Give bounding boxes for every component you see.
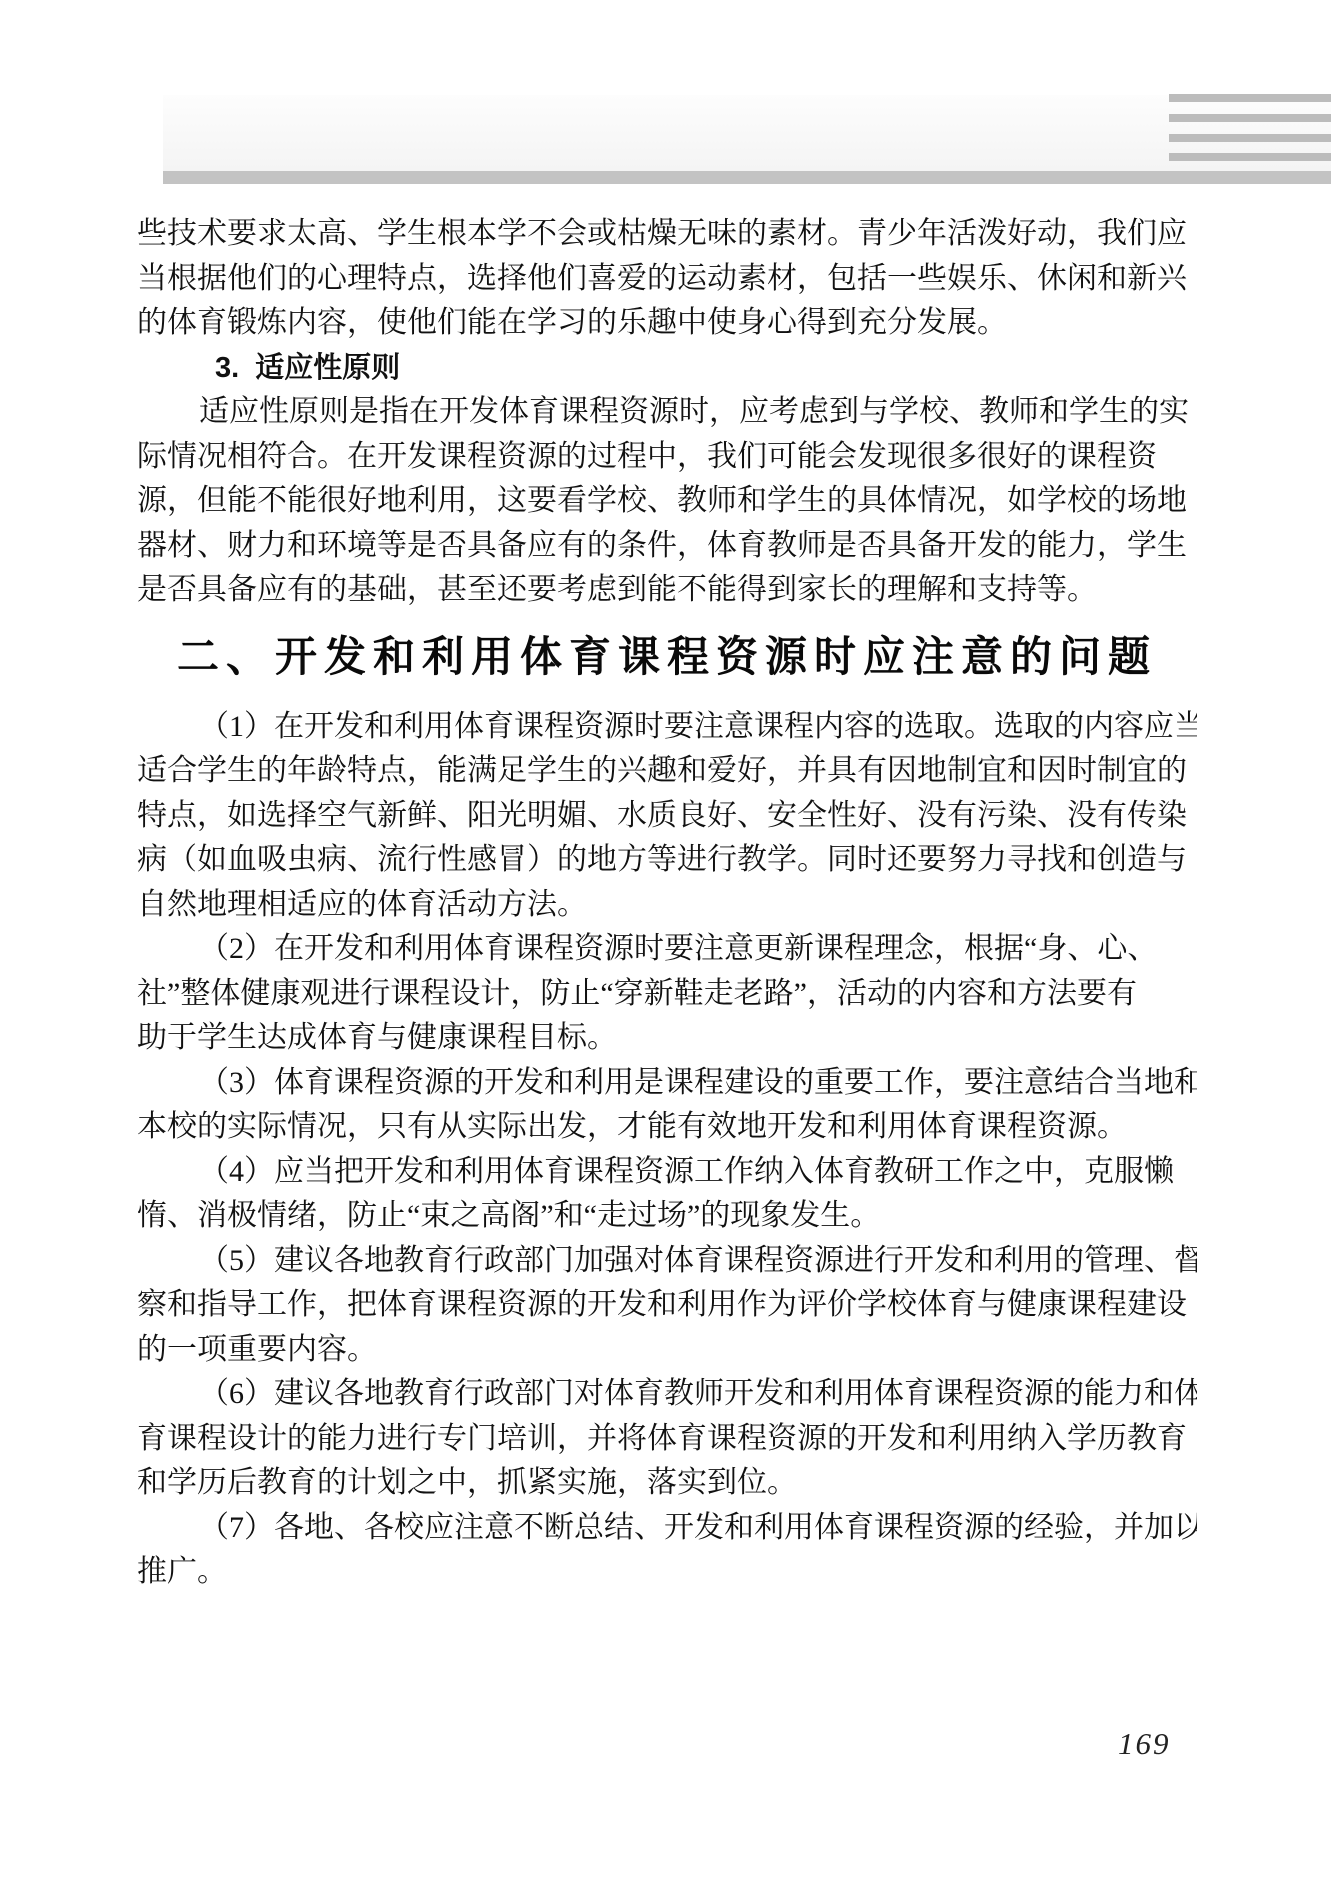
subheading: 3. 适应性原则 [137,346,1197,391]
header-gradient-band [163,95,1331,171]
text-line: 社”整体健康观进行课程设计，防止“穿新鞋走老路”，活动的内容和方法要有 [137,972,1197,1017]
text-line: 适合学生的年龄特点，能满足学生的兴趣和爱好，并具有因地制宜和因时制宜的 [137,749,1197,794]
text-line: （1）在开发和利用体育课程资源时要注意课程内容的选取。选取的内容应当 [137,705,1197,750]
paragraph: 些技术要求太高、学生根本学不会或枯燥无味的素材。青少年活泼好动，我们应当根据他们… [137,212,1197,346]
page-root: 些技术要求太高、学生根本学不会或枯燥无味的素材。青少年活泼好动，我们应当根据他们… [0,0,1331,1884]
text-line: （4）应当把开发和利用体育课程资源工作纳入体育教研工作之中，克服懒 [137,1150,1197,1195]
text-line: 助于学生达成体育与健康课程目标。 [137,1016,1197,1061]
text-line: 病（如血吸虫病、流行性感冒）的地方等进行教学。同时还要努力寻找和创造与 [137,838,1197,883]
text-line: （3）体育课程资源的开发和利用是课程建设的重要工作，要注意结合当地和 [137,1061,1197,1106]
header-stripe [1169,114,1331,122]
page-number: 169 [1118,1726,1171,1762]
header-stripe [1169,153,1331,161]
text-line: 些技术要求太高、学生根本学不会或枯燥无味的素材。青少年活泼好动，我们应 [137,212,1197,257]
text-line: 是否具备应有的基础，甚至还要考虑到能不能得到家长的理解和支持等。 [137,568,1197,613]
text-line: （5）建议各地教育行政部门加强对体育课程资源进行开发和利用的管理、督 [137,1239,1197,1284]
paragraph: （4）应当把开发和利用体育课程资源工作纳入体育教研工作之中，克服懒惰、消极情绪，… [137,1150,1197,1239]
text-line: 源，但能不能很好地利用，这要看学校、教师和学生的具体情况，如学校的场地 [137,479,1197,524]
text-line: 器材、财力和环境等是否具备应有的条件，体育教师是否具备开发的能力，学生 [137,524,1197,569]
header-stripe [1169,94,1331,102]
text-line: 本校的实际情况，只有从实际出发，才能有效地开发和利用体育课程资源。 [137,1105,1197,1150]
paragraph: 适应性原则是指在开发体育课程资源时，应考虑到与学校、教师和学生的实际情况相符合。… [137,390,1197,613]
text-line: 推广。 [137,1550,1197,1595]
text-line: 惰、消极情绪，防止“束之高阁”和“走过场”的现象发生。 [137,1194,1197,1239]
header-stripe [1169,134,1331,142]
text-line: 育课程设计的能力进行专门培训，并将体育课程资源的开发和利用纳入学历教育 [137,1417,1197,1462]
text-line: 特点，如选择空气新鲜、阳光明媚、水质良好、安全性好、没有污染、没有传染 [137,794,1197,839]
text-line: 当根据他们的心理特点，选择他们喜爱的运动素材，包括一些娱乐、休闲和新兴 [137,257,1197,302]
text-line: 察和指导工作，把体育课程资源的开发和利用作为评价学校体育与健康课程建设 [137,1283,1197,1328]
text-line: 的一项重要内容。 [137,1328,1197,1373]
paragraph: （6）建议各地教育行政部门对体育教师开发和利用体育课程资源的能力和体育课程设计的… [137,1372,1197,1506]
text-line: 和学历后教育的计划之中，抓紧实施，落实到位。 [137,1461,1197,1506]
paragraph: （7）各地、各校应注意不断总结、开发和利用体育课程资源的经验，并加以推广。 [137,1506,1197,1595]
text-line: 际情况相符合。在开发课程资源的过程中，我们可能会发现很多很好的课程资 [137,435,1197,480]
paragraph: （3）体育课程资源的开发和利用是课程建设的重要工作，要注意结合当地和本校的实际情… [137,1061,1197,1150]
section-heading: 二、开发和利用体育课程资源时应注意的问题 [137,625,1197,691]
text-line: 的体育锻炼内容，使他们能在学习的乐趣中使身心得到充分发展。 [137,301,1197,346]
text-line: 适应性原则是指在开发体育课程资源时，应考虑到与学校、教师和学生的实 [137,390,1197,435]
paragraph: （5）建议各地教育行政部门加强对体育课程资源进行开发和利用的管理、督察和指导工作… [137,1239,1197,1373]
header-rule-bar [163,171,1331,184]
text-line: 自然地理相适应的体育活动方法。 [137,883,1197,928]
paragraph: （1）在开发和利用体育课程资源时要注意课程内容的选取。选取的内容应当适合学生的年… [137,705,1197,928]
text-column: 些技术要求太高、学生根本学不会或枯燥无味的素材。青少年活泼好动，我们应当根据他们… [137,212,1197,1595]
text-line: （7）各地、各校应注意不断总结、开发和利用体育课程资源的经验，并加以 [137,1506,1197,1551]
text-line: （6）建议各地教育行政部门对体育教师开发和利用体育课程资源的能力和体 [137,1372,1197,1417]
text-line: （2）在开发和利用体育课程资源时要注意更新课程理念，根据“身、心、 [137,927,1197,972]
paragraph: （2）在开发和利用体育课程资源时要注意更新课程理念，根据“身、心、社”整体健康观… [137,927,1197,1061]
